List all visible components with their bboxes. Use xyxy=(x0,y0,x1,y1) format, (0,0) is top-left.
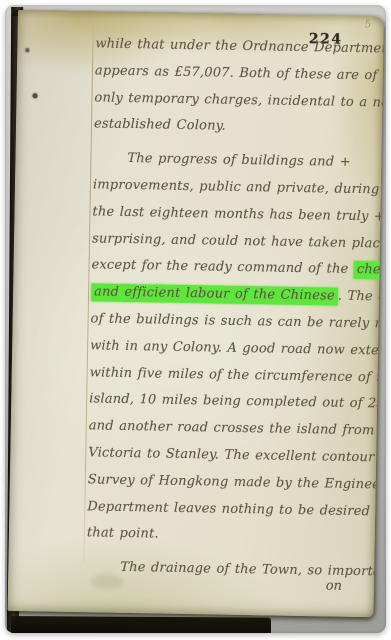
handwritten-text: of the buildings is such as can be rarel… xyxy=(90,311,383,331)
paragraph: while that under the Ordnance Department… xyxy=(94,31,384,143)
text-block: while that under the Ordnance Department… xyxy=(86,31,384,586)
handwritten-text: that point. xyxy=(87,526,159,542)
manuscript-line: established Colony. xyxy=(94,112,384,144)
handwritten-text: Survey of Hongkong made by the Engineer xyxy=(88,472,384,492)
handwritten-text: within five miles of the circumference o… xyxy=(90,365,384,385)
handwritten-text: the last eighteen months has been truly … xyxy=(92,204,384,224)
handwritten-text: The progress of buildings and + xyxy=(127,151,351,170)
paragraph: The progress of buildings and +improveme… xyxy=(87,146,384,553)
catchword: on xyxy=(326,578,342,593)
manuscript-page: 5 224 while that under the Ordnance Depa… xyxy=(8,10,384,617)
book-cover-edge-bottom xyxy=(11,616,271,633)
handwritten-text: improvements, public and private, during xyxy=(93,177,380,197)
handwritten-text: only temporary charges, incidental to a … xyxy=(94,90,384,111)
handwritten-text: while that under the Ordnance Department xyxy=(95,36,384,56)
handwritten-text: except for the ready command of the xyxy=(91,258,354,278)
handwritten-text: Victoria to Stanley. The excellent conto… xyxy=(88,445,374,465)
handwritten-text: with in any Colony. A good road now exte… xyxy=(90,338,384,358)
handwritten-text: island, 10 miles being completed out of … xyxy=(89,392,384,412)
handwritten-text: established Colony. xyxy=(94,117,226,134)
ink-speck xyxy=(25,48,29,52)
handwritten-text: Department leaves nothing to be desired … xyxy=(87,499,384,519)
highlighted-text: cheap xyxy=(354,261,384,280)
handwritten-text: The drainage of the Town, so important xyxy=(120,560,384,580)
handwritten-text: . The execution xyxy=(338,289,384,306)
handwritten-text: surprising, and could not have taken pla… xyxy=(92,231,384,251)
handwritten-text: appears as £57,007. Both of these are of… xyxy=(95,63,384,84)
highlighted-text: and efficient labour of the Chinese xyxy=(91,283,338,305)
manuscript-line: that point. xyxy=(87,521,379,553)
screenshot-root: { "colors": { "paper": "#e3dfcc", "ink":… xyxy=(0,0,391,640)
ink-speck xyxy=(32,93,37,98)
manuscript-photo: 5 224 while that under the Ordnance Depa… xyxy=(5,5,386,633)
handwritten-text: and another road crosses the island from xyxy=(89,418,375,438)
pencil-folio-number: 5 xyxy=(364,19,372,31)
